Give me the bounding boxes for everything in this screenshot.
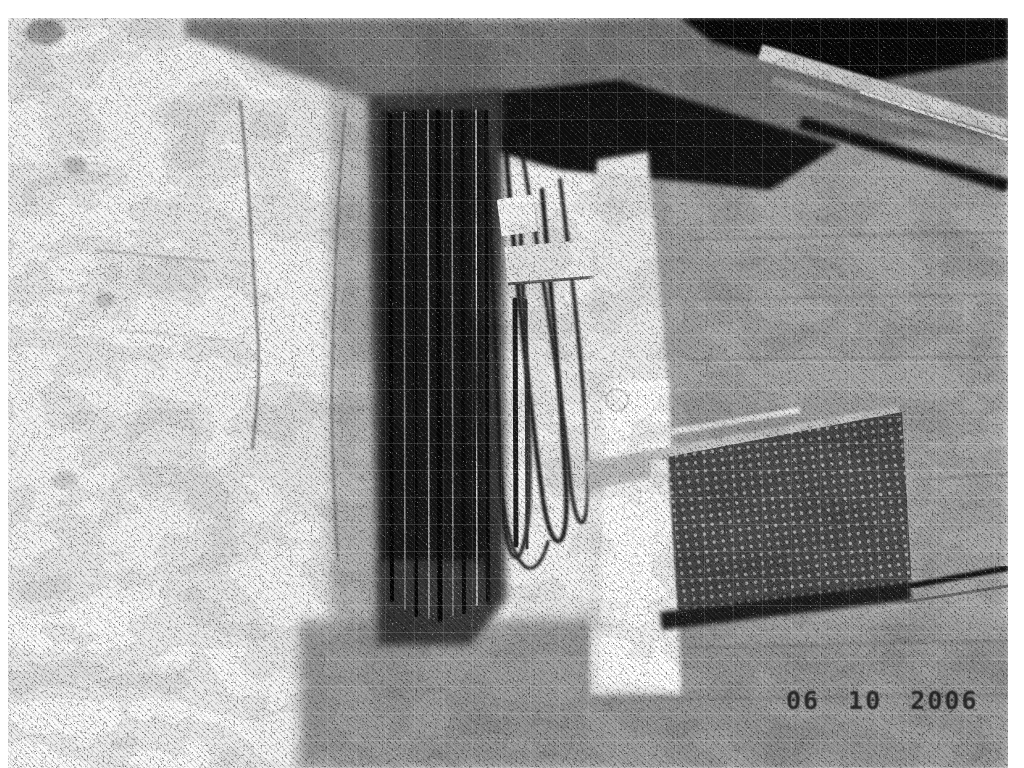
scanned-page: 06 10 2006 [0,0,1024,768]
date-stamp: 06 10 2006 [786,686,979,715]
photo-rendering [8,18,1008,768]
photograph: 06 10 2006 [8,18,1008,768]
dither-noise [8,18,1008,768]
